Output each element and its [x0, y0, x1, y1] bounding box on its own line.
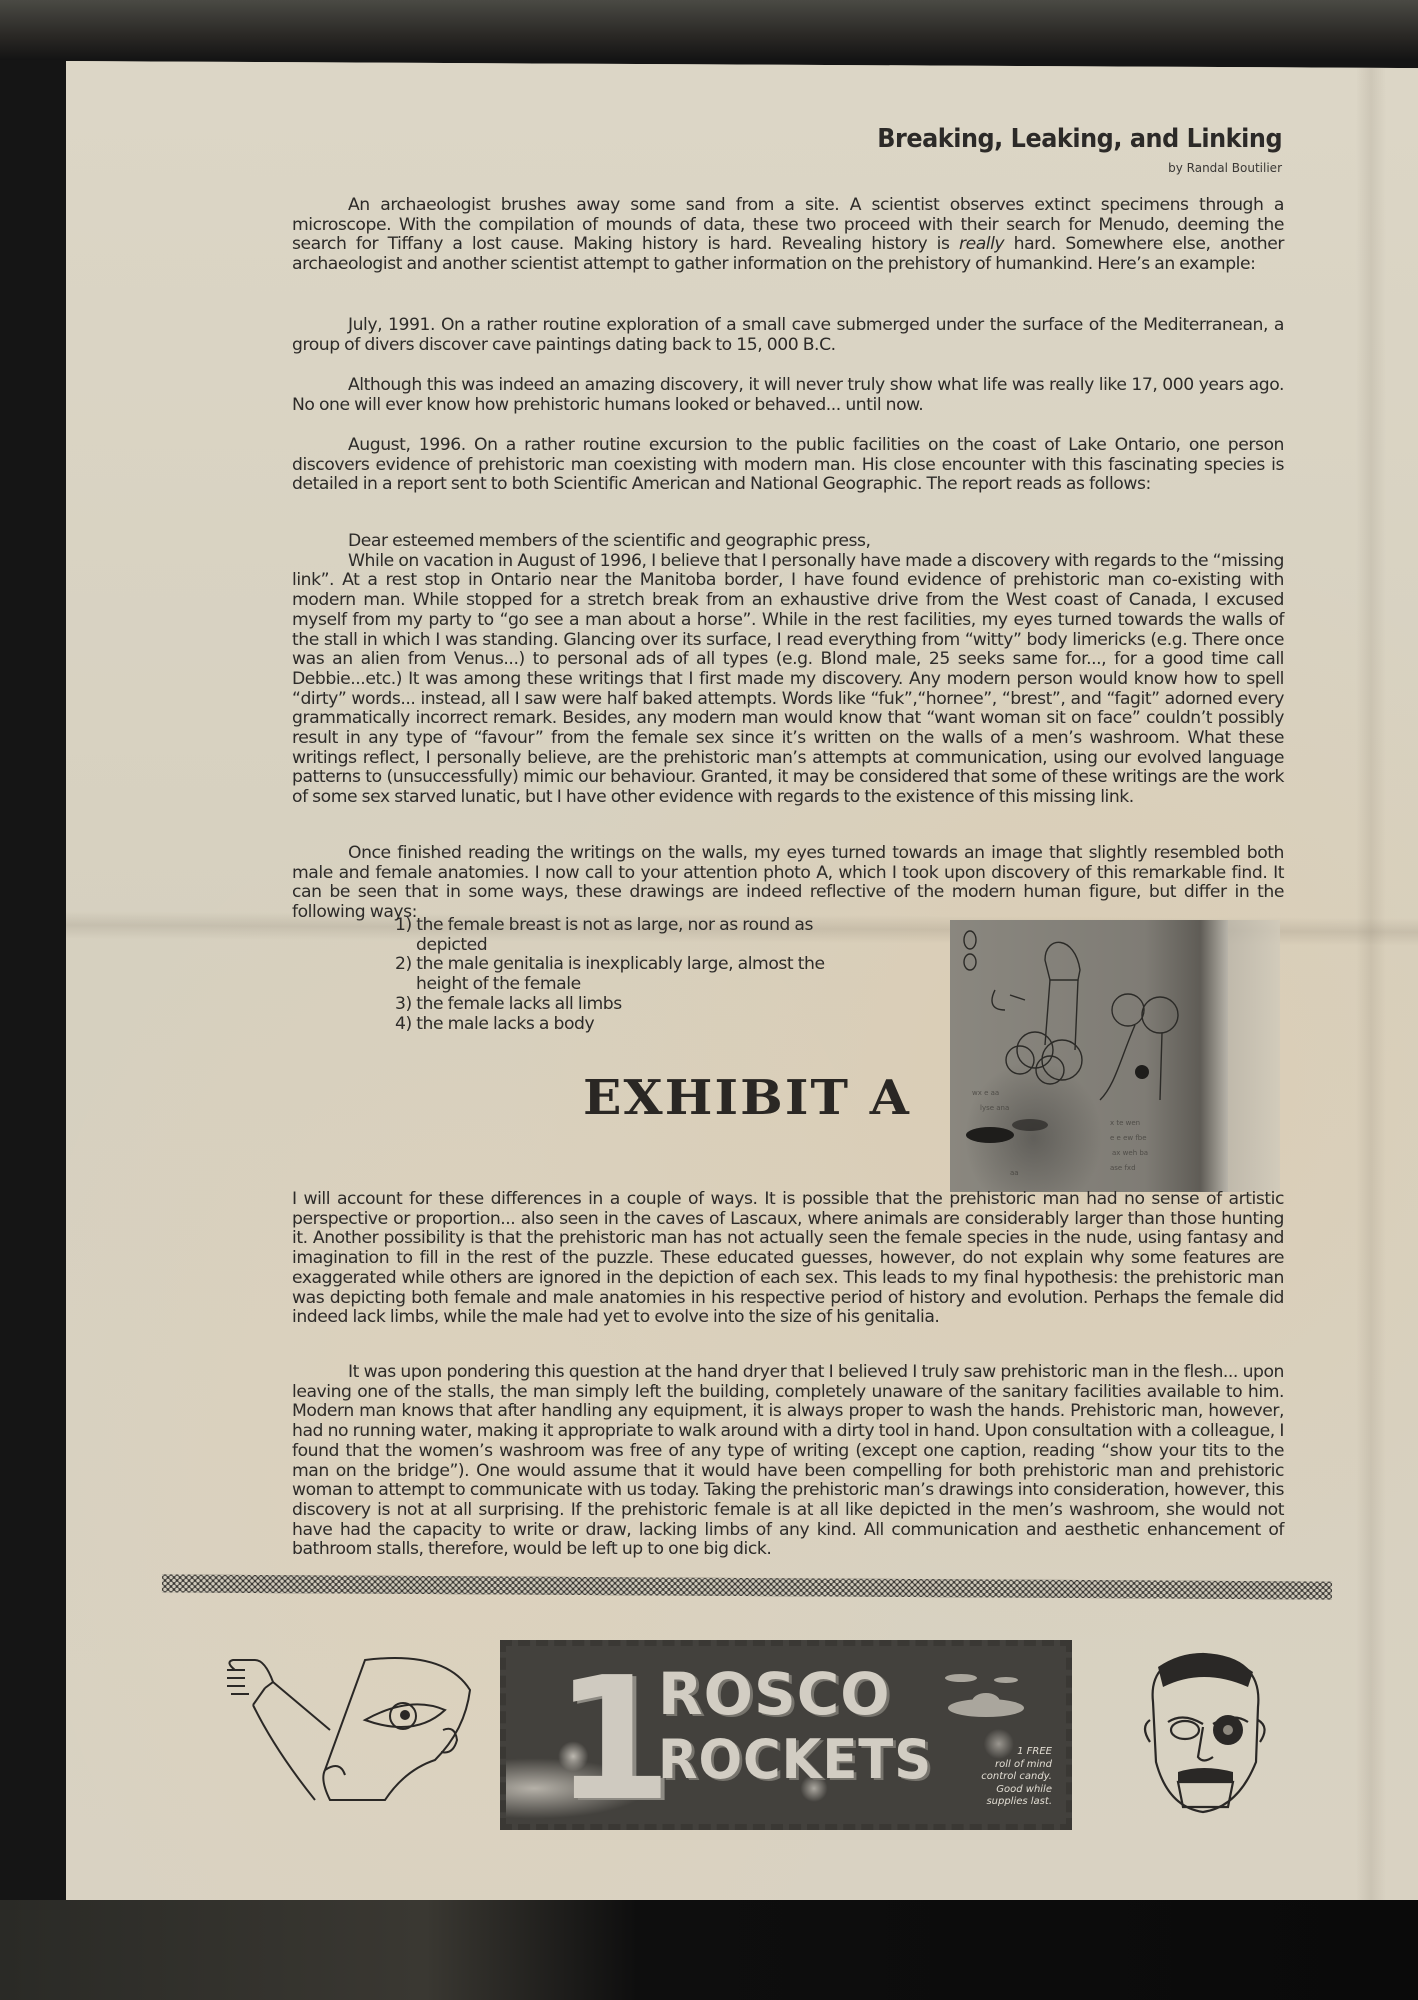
svg-text:x te wen: x te wen: [1110, 1119, 1140, 1127]
august-text: August, 1996. On a rather routine excurs…: [292, 436, 1284, 495]
rosco-rockets-coupon[interactable]: 1 ROSCO ROCKETS 1 FREE roll of mind cont…: [500, 1640, 1072, 1830]
once-text: Once finished reading the writings on th…: [292, 844, 1284, 923]
exhibit-caption: EXHIBIT A: [583, 1070, 911, 1126]
svg-text:e e ew fbe: e e ew fbe: [1110, 1134, 1147, 1142]
article-title: Breaking, Leaking, and Linking: [877, 124, 1282, 154]
letter: Dear esteemed members of the scientific …: [292, 532, 1284, 808]
svg-text:wx e aa: wx e aa: [972, 1089, 999, 1097]
fine-print-line: 1 FREE: [942, 1746, 1052, 1759]
letter-salutation: Dear esteemed members of the scientific …: [292, 532, 1284, 552]
svg-text:aa: aa: [1010, 1169, 1019, 1177]
moustached-man-face-illustration-icon: [1128, 1642, 1278, 1817]
coupon-brand-line1: ROSCO: [658, 1662, 891, 1726]
paragraph-once-finished: Once finished reading the writings on th…: [292, 844, 1284, 923]
list-item: 4) the male lacks a body: [395, 1015, 835, 1035]
list-item: 2) the male genitalia is inexplicably la…: [395, 955, 835, 994]
list-item: 1) the female breast is not as large, no…: [395, 916, 835, 955]
fine-print-line: Good while: [942, 1784, 1052, 1797]
paragraph-august-1996: August, 1996. On a rather routine excurs…: [292, 436, 1284, 495]
svg-text:ax weh ba: ax weh ba: [1112, 1149, 1148, 1157]
graffiti-drawing-icon: wx e aa lyse ana x te wen e e ew fbe ax …: [950, 920, 1228, 1192]
flying-saucer-icon: [926, 1666, 1026, 1726]
fine-print-line: supplies last.: [942, 1796, 1052, 1809]
differences-text: I will account for these differences in …: [292, 1190, 1284, 1328]
fine-print-line: control candy.: [942, 1771, 1052, 1784]
svg-text:ase fxd: ase fxd: [1110, 1164, 1136, 1172]
paragraph-july-1991: July, 1991. On a rather routine explorat…: [292, 316, 1284, 355]
paragraph-intro: An archaeologist brushes away some sand …: [292, 196, 1284, 275]
fine-print-line: roll of mind: [942, 1759, 1052, 1772]
letter-body: While on vacation in August of 1996, I b…: [292, 552, 1284, 808]
coupon-count: 1: [554, 1660, 672, 1820]
photo-faded-edge: [1228, 920, 1280, 1192]
paragraph-although: Although this was indeed an amazing disc…: [292, 376, 1284, 415]
list-item: 3) the female lacks all limbs: [395, 995, 835, 1015]
patterned-divider: [162, 1574, 1332, 1599]
coupon-brand-line2: ROCKETS: [658, 1728, 932, 1792]
differences-list: 1) the female breast is not as large, no…: [395, 916, 835, 1034]
paragraph-differences: I will account for these differences in …: [292, 1190, 1284, 1328]
article-byline: by Randal Boutilier: [1168, 161, 1282, 175]
coupon-fine-print: 1 FREE roll of mind control candy. Good …: [942, 1746, 1052, 1809]
hand-and-eye-face-illustration-icon: [205, 1640, 475, 1810]
svg-text:lyse ana: lyse ana: [980, 1104, 1009, 1112]
pondering-text: It was upon pondering this question at t…: [292, 1363, 1284, 1560]
graffiti-photo: wx e aa lyse ana x te wen e e ew fbe ax …: [950, 920, 1228, 1192]
paragraph-pondering: It was upon pondering this question at t…: [292, 1363, 1284, 1560]
intro-emphasis: really: [959, 234, 1004, 254]
article: Breaking, Leaking, and Linking by Randal…: [0, 0, 1418, 2000]
although-text: Although this was indeed an amazing disc…: [292, 376, 1284, 415]
july-text: July, 1991. On a rather routine explorat…: [292, 316, 1284, 355]
